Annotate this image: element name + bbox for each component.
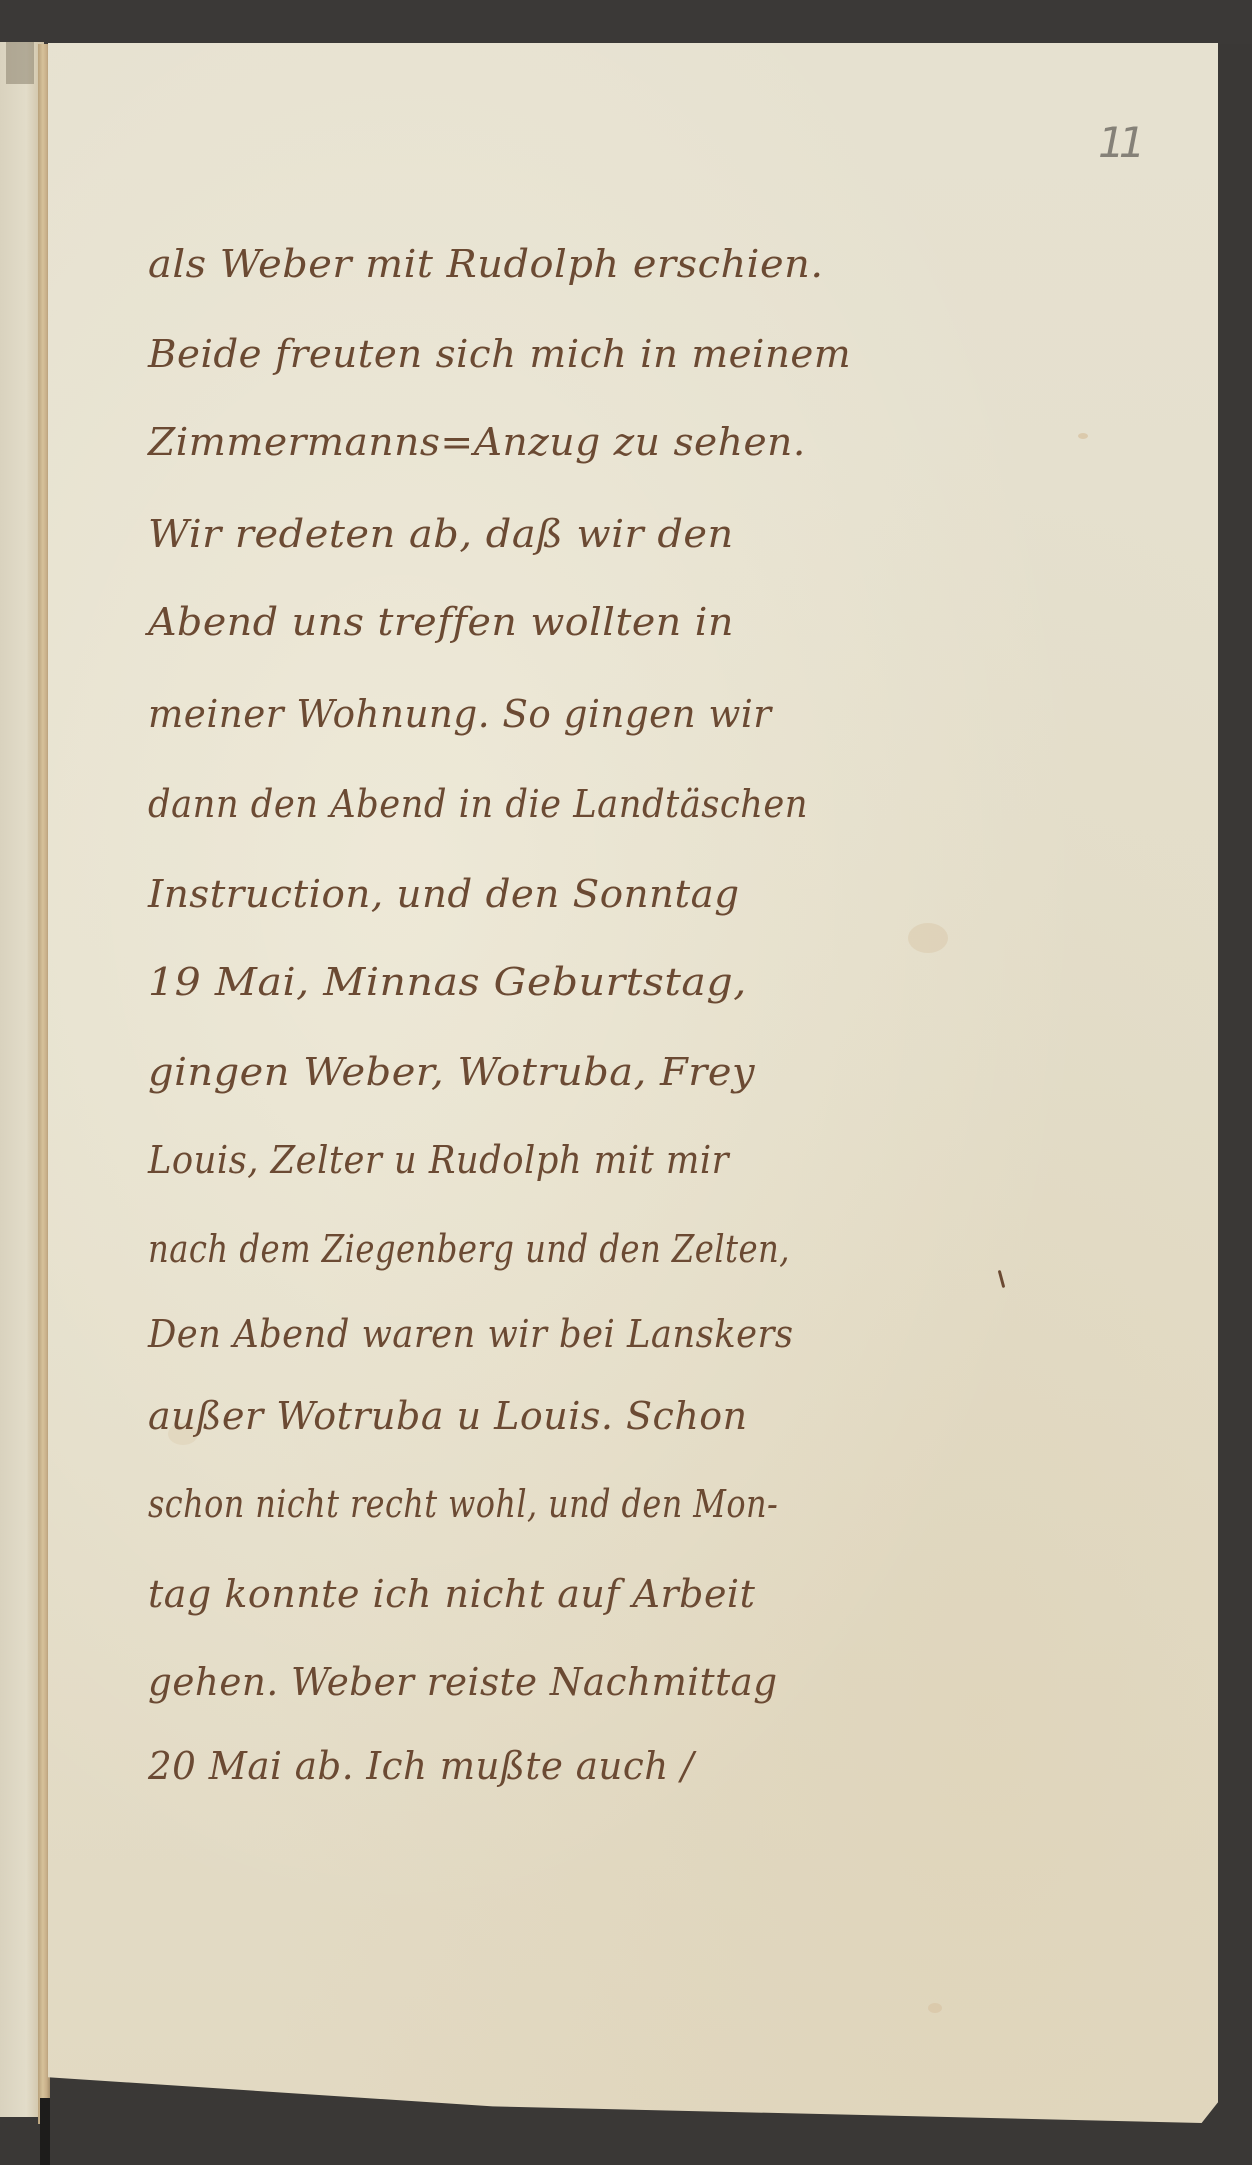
- gutter-shadow: [40, 2098, 50, 2165]
- manuscript-line: dann den Abend in die Landtäschen: [148, 782, 808, 826]
- paper-stain: [928, 2003, 942, 2013]
- paper-stain: [908, 923, 948, 953]
- manuscript-line: Beide freuten sich mich in meinem: [148, 332, 851, 376]
- manuscript-line: Den Abend waren wir bei Lanskers: [148, 1312, 793, 1356]
- manuscript-line: Wir redeten ab, daß wir den: [148, 512, 734, 556]
- manuscript-line: 20 Mai ab. Ich mußte auch /: [148, 1744, 694, 1788]
- paper-stain: [1078, 433, 1088, 439]
- manuscript-line: als Weber mit Rudolph erschien.: [148, 242, 824, 286]
- manuscript-line: Instruction, und den Sonntag: [148, 872, 740, 916]
- manuscript-line: gehen. Weber reiste Nachmittag: [148, 1660, 778, 1704]
- manuscript-line: 19 Mai, Minnas Geburtstag,: [148, 960, 747, 1004]
- manuscript-line: tag konnte ich nicht auf Arbeit: [148, 1572, 755, 1616]
- manuscript-line: Zimmermanns=Anzug zu sehen.: [148, 420, 806, 464]
- manuscript-line: nach dem Ziegenberg und den Zelten,: [148, 1227, 790, 1271]
- facing-page-corner: [6, 42, 34, 84]
- manuscript-line: außer Wotruba u Louis. Schon: [148, 1394, 748, 1438]
- page-number: 11: [1098, 118, 1139, 167]
- manuscript-line: schon nicht recht wohl, und den Mon-: [148, 1482, 778, 1526]
- manuscript-line: Louis, Zelter u Rudolph mit mir: [148, 1138, 729, 1182]
- scan-backdrop: [0, 0, 1252, 44]
- manuscript-line: meiner Wohnung. So gingen wir: [148, 692, 772, 736]
- manuscript-line: Abend uns treffen wollten in: [148, 600, 734, 644]
- manuscript-line: gingen Weber, Wotruba, Frey: [148, 1050, 755, 1094]
